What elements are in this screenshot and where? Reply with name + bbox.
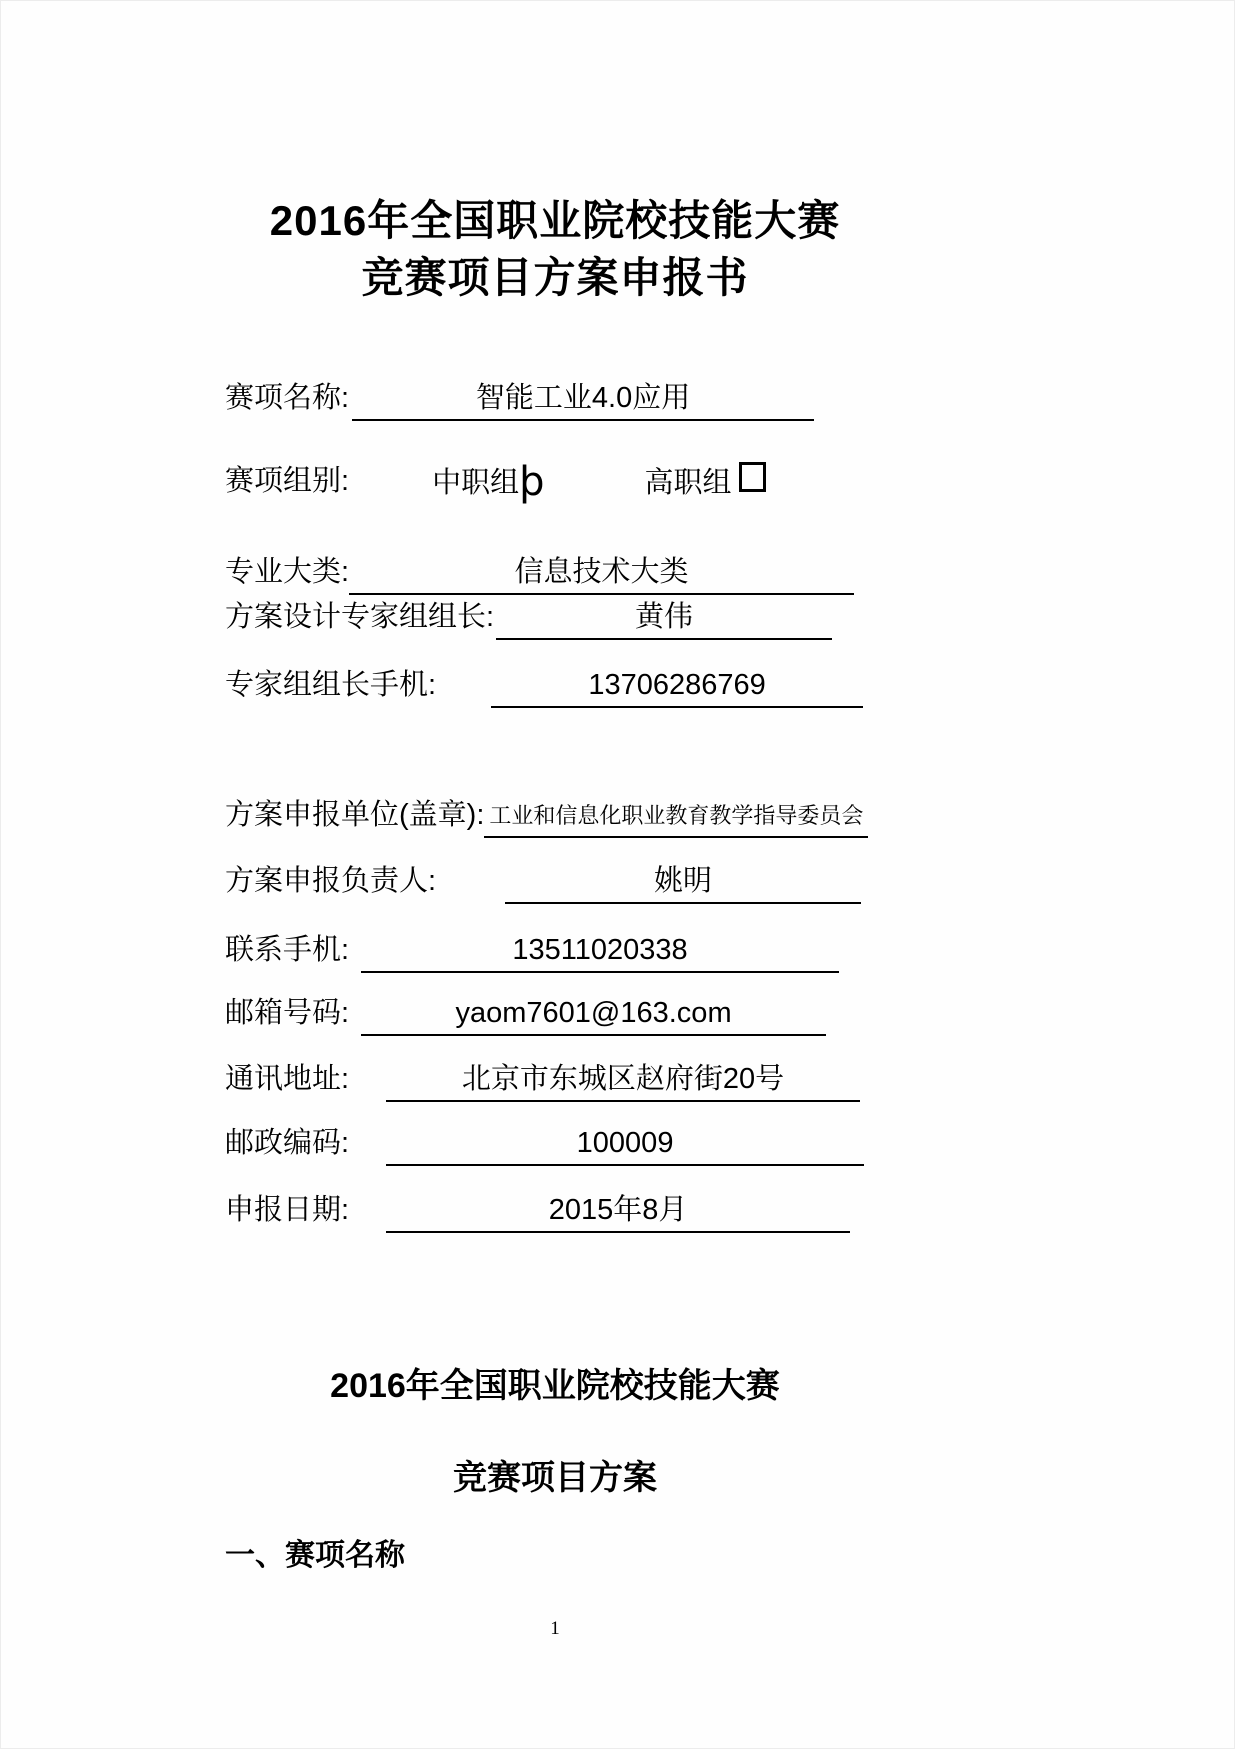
field-postal-code-label: 邮政编码: bbox=[225, 1126, 349, 1166]
field-applicant-unit-value: 工业和信息化职业教育教学指导委员会 bbox=[484, 801, 868, 838]
field-design-expert-leader: 方案设计专家组组长: 黄伟 bbox=[225, 600, 832, 640]
page-number: 1 bbox=[225, 1618, 885, 1640]
field-major-category-label: 专业大类: bbox=[225, 555, 349, 595]
field-application-date: 申报日期: 2015年8月 bbox=[225, 1193, 850, 1233]
field-applicant-person-label: 方案申报负责人: bbox=[225, 864, 436, 904]
field-major-category-value: 信息技术大类 bbox=[349, 555, 854, 595]
document-title: 2016年全国职业院校技能大赛 竞赛项目方案申报书 bbox=[225, 192, 885, 306]
empty-checkbox-icon bbox=[739, 462, 766, 492]
field-applicant-unit-label: 方案申报单位(盖章): bbox=[225, 798, 484, 838]
field-expert-leader-phone-value: 13706286769 bbox=[491, 668, 863, 708]
checked-checkbox-icon: þ bbox=[519, 468, 544, 497]
field-application-date-label: 申报日期: bbox=[225, 1193, 349, 1233]
field-applicant-unit: 方案申报单位(盖章): 工业和信息化职业教育教学指导委员会 bbox=[225, 798, 868, 838]
field-address-value: 北京市东城区赵府街20号 bbox=[386, 1062, 860, 1102]
field-event-name: 赛项名称: 智能工业4.0应用 bbox=[225, 381, 814, 421]
field-applicant-person-value: 姚明 bbox=[505, 864, 861, 904]
body-section-title: 2016年全国职业院校技能大赛 bbox=[225, 1358, 885, 1407]
field-event-group: 赛项组别: 中职组 þ 高职组 bbox=[225, 460, 766, 501]
field-applicant-person: 方案申报负责人: 姚明 bbox=[225, 864, 861, 904]
event-group-option-secondary: 中职组 bbox=[432, 460, 519, 501]
field-contact-phone-value: 13511020338 bbox=[361, 933, 839, 973]
field-event-group-label: 赛项组别: bbox=[225, 464, 349, 498]
field-design-expert-leader-label: 方案设计专家组组长: bbox=[225, 600, 494, 640]
field-contact-phone-label: 联系手机: bbox=[225, 933, 349, 973]
field-email: 邮箱号码: yaom7601@163.com bbox=[225, 996, 826, 1036]
field-expert-leader-phone-label: 专家组组长手机: bbox=[225, 668, 436, 708]
body-section-subtitle: 竞赛项目方案 bbox=[225, 1450, 885, 1499]
event-group-option-higher: 高职组 bbox=[644, 460, 731, 501]
field-address-label: 通讯地址: bbox=[225, 1062, 349, 1102]
document-page: 2016年全国职业院校技能大赛 竞赛项目方案申报书 赛项名称: 智能工业4.0应… bbox=[0, 0, 1235, 1749]
field-event-name-value: 智能工业4.0应用 bbox=[352, 381, 814, 421]
field-postal-code-value: 100009 bbox=[386, 1126, 864, 1166]
field-expert-leader-phone: 专家组组长手机: 13706286769 bbox=[225, 668, 863, 708]
document-title-line2: 竞赛项目方案申报书 bbox=[225, 249, 885, 306]
field-email-label: 邮箱号码: bbox=[225, 996, 349, 1036]
field-contact-phone: 联系手机: 13511020338 bbox=[225, 933, 839, 973]
field-address: 通讯地址: 北京市东城区赵府街20号 bbox=[225, 1062, 860, 1102]
field-event-name-label: 赛项名称: bbox=[225, 381, 349, 421]
field-major-category: 专业大类: 信息技术大类 bbox=[225, 555, 854, 595]
field-postal-code: 邮政编码: 100009 bbox=[225, 1126, 864, 1166]
field-email-value: yaom7601@163.com bbox=[361, 996, 826, 1036]
field-design-expert-leader-value: 黄伟 bbox=[496, 600, 832, 640]
body-heading-1: 一、赛项名称 bbox=[225, 1530, 405, 1574]
document-title-line1: 2016年全国职业院校技能大赛 bbox=[225, 192, 885, 249]
field-application-date-value: 2015年8月 bbox=[386, 1193, 850, 1233]
